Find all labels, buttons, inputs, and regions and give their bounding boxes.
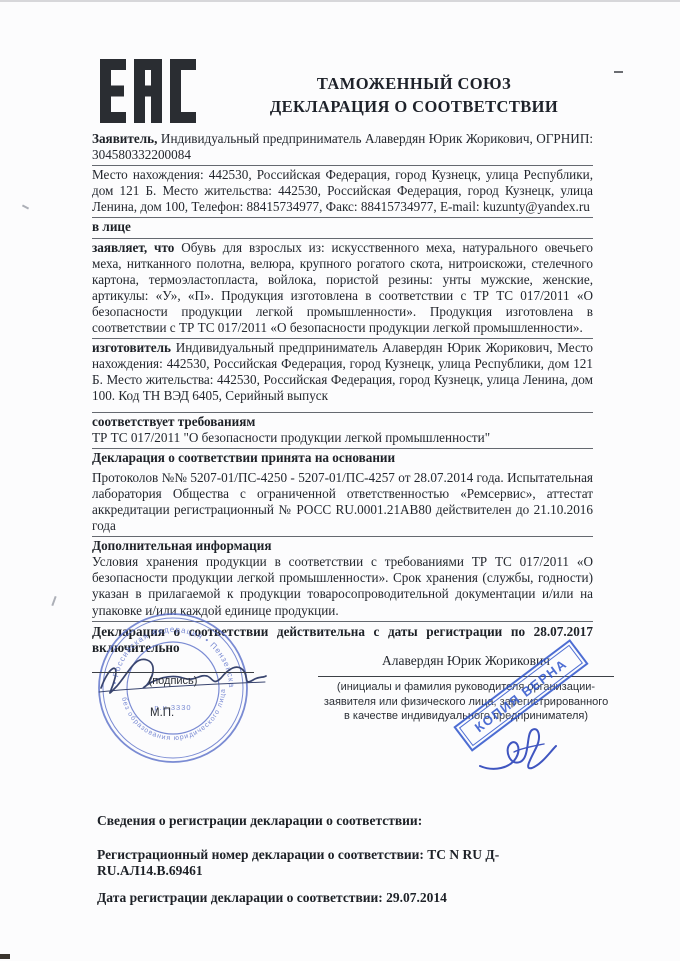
signature-line: [92, 672, 254, 673]
declares-label: заявляет, что: [92, 240, 174, 255]
registration-block: Сведения о регистрации декларации о соот…: [97, 813, 602, 906]
divider: [92, 165, 593, 166]
registration-number-label: Регистрационный номер декларации о соотв…: [97, 847, 424, 862]
scan-artifact: [51, 596, 56, 606]
document-body: Заявитель, Индивидуальный предпринимател…: [92, 131, 593, 656]
compliance-heading: соответствует требованиям: [92, 414, 593, 430]
eac-conformity-mark-icon: EAC: [100, 58, 196, 124]
seal-center-text: р.н.3330: [154, 703, 191, 712]
mp-label: М.П.: [150, 707, 174, 719]
stamp-signature-scribble: [470, 722, 570, 777]
title-line-2: ДЕКЛАРАЦИЯ О СООТВЕТСТВИИ: [228, 95, 600, 118]
divider: [92, 217, 593, 218]
additional-heading: Дополнительная информация: [92, 538, 593, 554]
declares-paragraph: заявляет, что Обувь для взрослых из: иск…: [92, 240, 593, 337]
divider: [92, 448, 593, 449]
scan-artifact: [22, 204, 29, 209]
basis-text: Протоколов №№ 5207-01/ПС-4250 - 5207-01/…: [92, 470, 593, 534]
applicant-address: Место нахождения: 442530, Российская Фед…: [92, 167, 593, 215]
additional-text: Условия хранения продукции в соответстви…: [92, 554, 593, 618]
copy-verna-stamp-text: КОПИЯ ВЕРНА: [459, 645, 583, 746]
name-line: [318, 676, 614, 677]
document-title: ТАМОЖЕННЫЙ СОЮЗ ДЕКЛАРАЦИЯ О СООТВЕТСТВИ…: [228, 72, 600, 118]
declaration-document: EAC ТАМОЖЕННЫЙ СОЮЗ ДЕКЛАРАЦИЯ О СООТВЕТ…: [0, 0, 680, 961]
divider: [92, 621, 593, 622]
applicant-label: Заявитель,: [92, 131, 157, 146]
applicant-signature-scribble: [95, 648, 270, 703]
title-line-1: ТАМОЖЕННЫЙ СОЮЗ: [228, 72, 600, 95]
registration-heading: Сведения о регистрации декларации о соот…: [97, 813, 602, 829]
applicant-paragraph: Заявитель, Индивидуальный предпринимател…: [92, 131, 593, 163]
validity-statement: Декларация о соответствии действительна …: [92, 624, 593, 656]
registration-date-line: Дата регистрации декларации о соответств…: [97, 890, 602, 906]
scan-artifact: [614, 71, 623, 73]
manufacturer-paragraph: изготовитель Индивидуальный предпринимат…: [92, 340, 593, 404]
divider: [92, 536, 593, 537]
applicant-text: Индивидуальный предприниматель Алавердян…: [92, 131, 593, 162]
compliance-text: ТР ТС 017/2011 "О безопасности продукции…: [92, 430, 593, 446]
divider: [92, 238, 593, 239]
in-person-label: в лице: [92, 219, 593, 235]
divider: [92, 412, 593, 413]
signature-caption: (подпись): [92, 675, 254, 687]
name-caption: (инициалы и фамилия руководителя организ…: [320, 680, 612, 724]
eac-logo-glyph: [100, 58, 196, 124]
registration-date-label: Дата регистрации декларации о соответств…: [97, 890, 383, 905]
basis-heading: Декларация о соответствии принята на осн…: [92, 450, 593, 466]
divider: [92, 338, 593, 339]
registration-number-line: Регистрационный номер декларации о соотв…: [97, 847, 602, 879]
manufacturer-label: изготовитель: [92, 340, 171, 355]
registration-date-value: 29.07.2014: [386, 890, 447, 905]
copy-verna-stamp: КОПИЯ ВЕРНА: [453, 639, 588, 751]
scan-edge: [0, 0, 680, 2]
scan-corner-mark: [0, 954, 10, 959]
